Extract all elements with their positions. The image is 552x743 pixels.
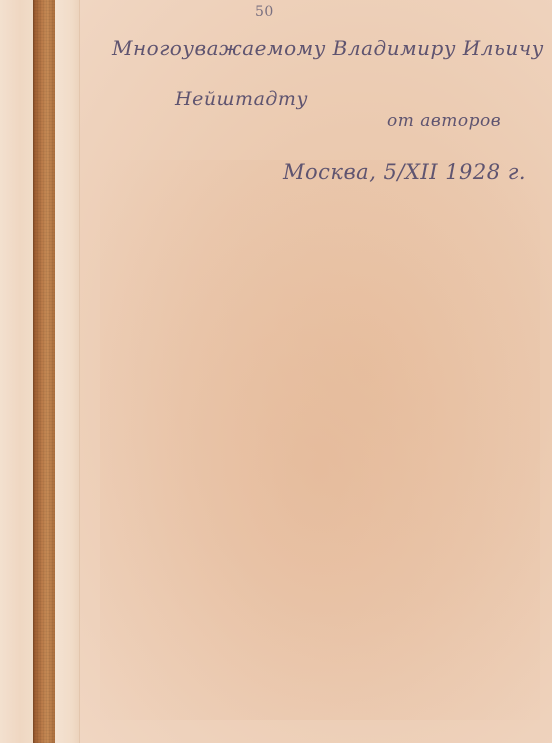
inscription-surname: Нейштадту	[175, 88, 308, 110]
page-number: 50	[255, 4, 274, 20]
page-gutter	[55, 0, 80, 743]
inscription-from: от авторов	[387, 111, 501, 131]
inscription-addressee: Многоуважаемому Владимиру Ильичу	[112, 36, 544, 60]
book-spine	[33, 0, 56, 743]
inscription-place-date: Москва, 5/XII 1928 г.	[283, 160, 526, 184]
left-page-edge	[0, 0, 33, 743]
